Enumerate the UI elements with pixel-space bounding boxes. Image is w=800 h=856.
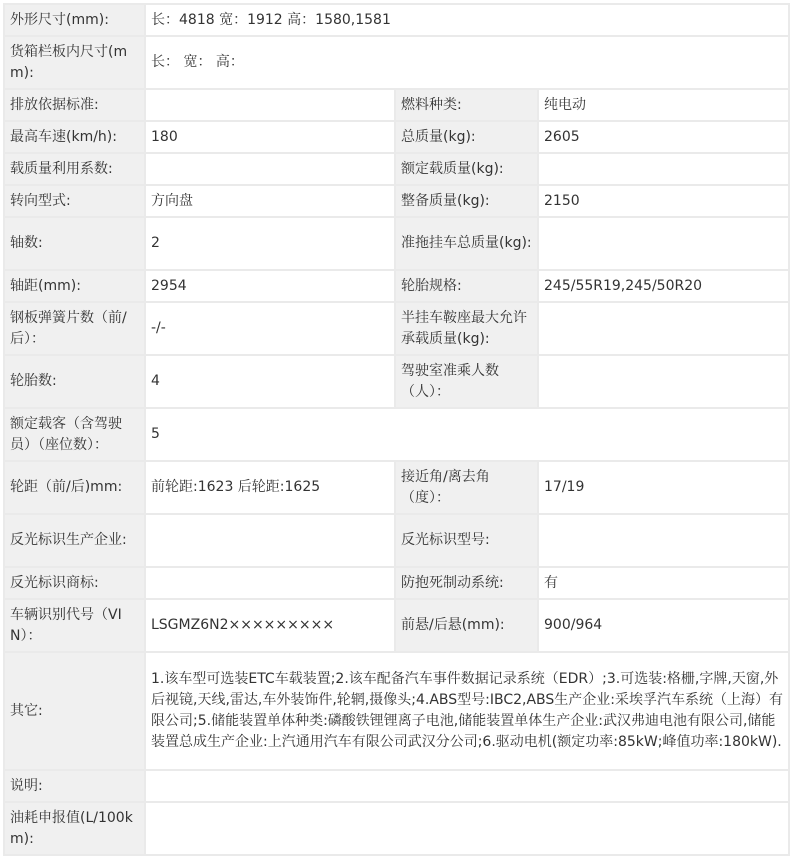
row-other: 其它: 1.该车型可选装ETC车载装置;2.该车配备汽车事件数据记录系统（EDR… — [4, 652, 789, 770]
label-other: 其它: — [4, 652, 145, 770]
value-other: 1.该车型可选装ETC车载装置;2.该车配备汽车事件数据记录系统（EDR）;3.… — [145, 652, 789, 770]
row-seating-capacity: 额定载客（含驾驶员）（座位数）： 5 — [4, 408, 789, 461]
value-max-speed: 180 — [145, 121, 395, 153]
row-wheelbase-tires: 轴距(mm): 2954 轮胎规格: 245/55R19,245/50R20 — [4, 270, 789, 302]
value-notes — [145, 770, 789, 802]
label-reflector-maker: 反光标识生产企业: — [4, 514, 145, 567]
value-total-mass: 2605 — [538, 121, 789, 153]
value-cargo-box-dimensions: 长： 宽： 高： — [145, 36, 789, 89]
label-seating-capacity: 额定载客（含驾驶员）（座位数）： — [4, 408, 145, 461]
row-vin-overhang: 车辆识别代号（VIN）： LSGMZ6N2××××××××× 前悬/后悬(mm)… — [4, 599, 789, 652]
label-axle-count: 轴数: — [4, 217, 145, 270]
label-approach-departure: 接近角/离去角（度）： — [395, 461, 538, 514]
label-vin: 车辆识别代号（VIN）： — [4, 599, 145, 652]
value-approach-departure: 17/19 — [538, 461, 789, 514]
label-total-mass: 总质量(kg): — [395, 121, 538, 153]
row-speed-total-mass: 最高车速(km/h): 180 总质量(kg): 2605 — [4, 121, 789, 153]
value-steering-type: 方向盘 — [145, 185, 395, 217]
row-leaf-spring-saddle: 钢板弹簧片数（前/后）： -/- 半挂车鞍座最大允许承载质量(kg): — [4, 302, 789, 355]
label-emission-standard: 排放依据标准: — [4, 89, 145, 121]
label-wheelbase: 轴距(mm): — [4, 270, 145, 302]
value-tire-spec: 245/55R19,245/50R20 — [538, 270, 789, 302]
label-abs: 防抱死制动系统: — [395, 567, 538, 599]
value-load-coefficient — [145, 153, 395, 185]
value-reflector-model — [538, 514, 789, 567]
label-max-speed: 最高车速(km/h): — [4, 121, 145, 153]
value-rated-load — [538, 153, 789, 185]
label-reflector-brand: 反光标识商标: — [4, 567, 145, 599]
value-abs: 有 — [538, 567, 789, 599]
row-reflector-maker-model: 反光标识生产企业: 反光标识型号: — [4, 514, 789, 567]
value-reflector-brand — [145, 567, 395, 599]
value-seating-capacity: 5 — [145, 408, 789, 461]
label-trailer-mass: 准拖挂车总质量(kg): — [395, 217, 538, 270]
value-tire-count: 4 — [145, 355, 395, 408]
row-notes: 说明: — [4, 770, 789, 802]
value-vin: LSGMZ6N2××××××××× — [145, 599, 395, 652]
value-saddle-load — [538, 302, 789, 355]
label-track-width: 轮距（前/后)mm: — [4, 461, 145, 514]
value-fuel-consumption — [145, 802, 789, 855]
label-overhang: 前悬/后悬(mm): — [395, 599, 538, 652]
row-tire-count-cab: 轮胎数: 4 驾驶室准乘人数（人）： — [4, 355, 789, 408]
label-cab-occupants: 驾驶室准乘人数（人）： — [395, 355, 538, 408]
value-wheelbase: 2954 — [145, 270, 395, 302]
label-steering-type: 转向型式: — [4, 185, 145, 217]
row-fuel-consumption: 油耗申报值(L/100km): — [4, 802, 789, 855]
value-cab-occupants — [538, 355, 789, 408]
label-load-coefficient: 载质量利用系数: — [4, 153, 145, 185]
label-notes: 说明: — [4, 770, 145, 802]
label-fuel-consumption: 油耗申报值(L/100km): — [4, 802, 145, 855]
row-axles-trailer: 轴数: 2 准拖挂车总质量(kg): — [4, 217, 789, 270]
label-tire-count: 轮胎数: — [4, 355, 145, 408]
row-steering-curb-mass: 转向型式: 方向盘 整备质量(kg): 2150 — [4, 185, 789, 217]
value-reflector-maker — [145, 514, 395, 567]
row-track-angles: 轮距（前/后)mm: 前轮距:1623 后轮距:1625 接近角/离去角（度）：… — [4, 461, 789, 514]
value-overall-dimensions: 长：4818 宽：1912 高：1580,1581 — [145, 4, 789, 36]
label-reflector-model: 反光标识型号: — [395, 514, 538, 567]
value-track-width: 前轮距:1623 后轮距:1625 — [145, 461, 395, 514]
label-cargo-box-dimensions: 货箱栏板内尺寸(mm): — [4, 36, 145, 89]
value-leaf-springs: -/- — [145, 302, 395, 355]
label-tire-spec: 轮胎规格: — [395, 270, 538, 302]
label-fuel-type: 燃料种类: — [395, 89, 538, 121]
row-overall-dimensions: 外形尺寸(mm): 长：4818 宽：1912 高：1580,1581 — [4, 4, 789, 36]
value-trailer-mass — [538, 217, 789, 270]
label-rated-load: 额定载质量(kg): — [395, 153, 538, 185]
value-emission-standard — [145, 89, 395, 121]
value-fuel-type: 纯电动 — [538, 89, 789, 121]
value-curb-mass: 2150 — [538, 185, 789, 217]
label-overall-dimensions: 外形尺寸(mm): — [4, 4, 145, 36]
row-emission-fuel: 排放依据标准: 燃料种类: 纯电动 — [4, 89, 789, 121]
value-axle-count: 2 — [145, 217, 395, 270]
value-overhang: 900/964 — [538, 599, 789, 652]
vehicle-spec-table: 外形尺寸(mm): 长：4818 宽：1912 高：1580,1581 货箱栏板… — [3, 3, 790, 855]
label-curb-mass: 整备质量(kg): — [395, 185, 538, 217]
row-load-coefficient: 载质量利用系数: 额定载质量(kg): — [4, 153, 789, 185]
label-saddle-load: 半挂车鞍座最大允许承载质量(kg): — [395, 302, 538, 355]
row-reflector-brand-abs: 反光标识商标: 防抱死制动系统: 有 — [4, 567, 789, 599]
row-cargo-box-dimensions: 货箱栏板内尺寸(mm): 长： 宽： 高： — [4, 36, 789, 89]
label-leaf-springs: 钢板弹簧片数（前/后）： — [4, 302, 145, 355]
